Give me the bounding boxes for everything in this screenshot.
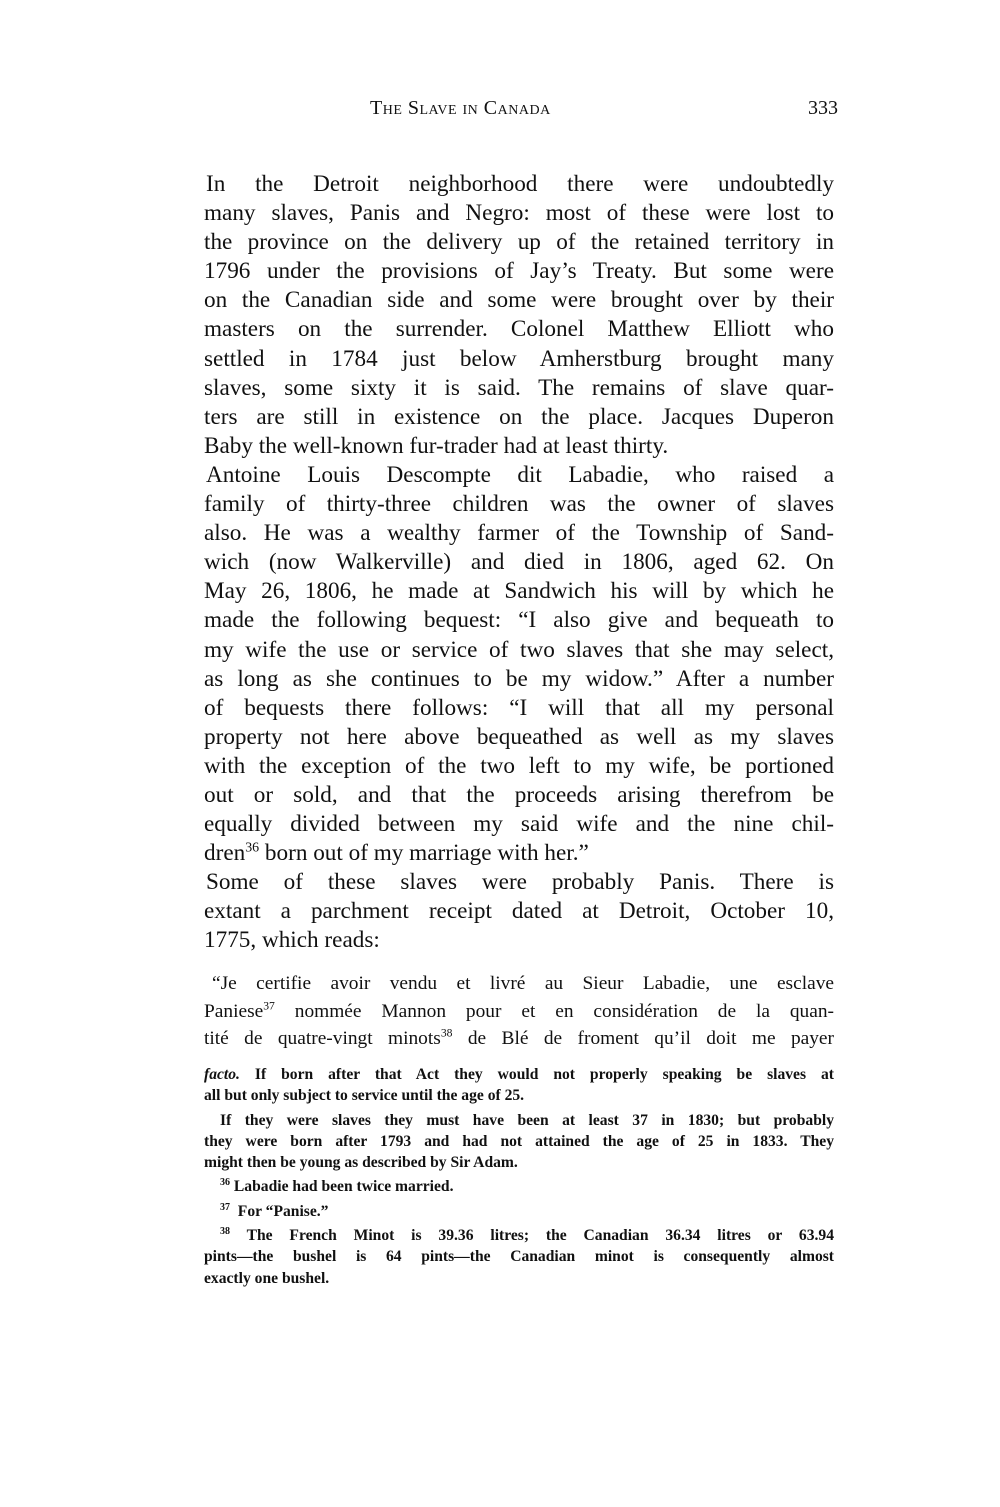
text-line: wich (now Walkerville) and died in 1806,… xyxy=(204,548,834,577)
footnote-text: For “Panise.” xyxy=(238,1203,329,1220)
quote-line: “Je certifie avoir vendu et livré au Sie… xyxy=(204,970,834,998)
text-fragment: born out of my marriage with her.” xyxy=(259,840,589,866)
body-text: In the Detroit neighborhood there were u… xyxy=(204,170,834,956)
text-line: equally divided between my said wife and… xyxy=(204,810,834,839)
text-line: of bequests there follows: “I will that … xyxy=(204,694,834,723)
footnotes: facto. If born after that Act they would… xyxy=(204,1064,834,1289)
text-line: ters are still in existence on the place… xyxy=(204,403,834,432)
text-line: on the Canadian side and some were broug… xyxy=(204,286,834,315)
text-line: settled in 1784 just below Amherstburg b… xyxy=(204,345,834,374)
footnote-line: all but only subject to service until th… xyxy=(204,1085,834,1106)
text-fragment: dren xyxy=(204,840,245,866)
text-line: also. He was a wealthy farmer of the Tow… xyxy=(204,519,834,548)
running-head: The Slave in Canada 333 xyxy=(204,97,834,123)
text-line: In the Detroit neighborhood there were u… xyxy=(204,170,834,199)
footnote-line: pints—the bushel is 64 pints—the Canadia… xyxy=(204,1246,834,1267)
footnote-36: 36 Labadie had been twice married. xyxy=(204,1176,834,1197)
text-line: dren36 born out of my marriage with her.… xyxy=(204,839,834,868)
text-line: Antoine Louis Descompte dit Labadie, who… xyxy=(204,461,834,490)
text-line: made the following bequest: “I also give… xyxy=(204,606,834,635)
text-line: my wife the use or service of two slaves… xyxy=(204,636,834,665)
text-line: with the exception of the two left to my… xyxy=(204,752,834,781)
paragraph-panis: Some of these slaves were probably Panis… xyxy=(204,868,834,955)
footnote-ref-38[interactable]: 38 xyxy=(441,1027,453,1040)
text-line: 1775, which reads: xyxy=(204,926,834,955)
text-line: Baby the well-known fur-trader had at le… xyxy=(204,432,834,461)
text-line: extant a parchment receipt dated at Detr… xyxy=(204,897,834,926)
text-fragment: If born after that Act they would not pr… xyxy=(240,1066,834,1083)
text-fragment: de Blé de froment qu’il doit me payer xyxy=(452,1028,834,1049)
text-line: as long as she continues to be my widow.… xyxy=(204,665,834,694)
text-line: masters on the surrender. Colonel Matthe… xyxy=(204,315,834,344)
text-fragment: tité de quatre-vingt minots xyxy=(204,1028,441,1049)
running-title: The Slave in Canada xyxy=(370,97,551,120)
footnote-line: facto. If born after that Act they would… xyxy=(204,1064,834,1085)
quote-line: tité de quatre-vingt minots38 de Blé de … xyxy=(204,1025,834,1053)
block-quote: “Je certifie avoir vendu et livré au Sie… xyxy=(204,970,834,1053)
text-line: the province on the delivery up of the r… xyxy=(204,228,834,257)
text-line: out or sold, and that the proceeds arisi… xyxy=(204,781,834,810)
footnote-italic: facto. xyxy=(204,1066,240,1083)
paragraph-detroit: In the Detroit neighborhood there were u… xyxy=(204,170,834,461)
footnote-number: 36 xyxy=(220,1177,230,1188)
text-fragment: Paniese xyxy=(204,1001,263,1022)
footnote-number: 38 xyxy=(220,1226,230,1237)
footnote-text: The French Minot is 39.36 litres; the Ca… xyxy=(247,1227,834,1244)
text-line: many slaves, Panis and Negro: most of th… xyxy=(204,199,834,228)
paragraph-labadie: Antoine Louis Descompte dit Labadie, who… xyxy=(204,461,834,868)
footnote-ref-36[interactable]: 36 xyxy=(245,840,259,855)
footnote-37: 37 For “Panise.” xyxy=(204,1201,834,1222)
text-line: Some of these slaves were probably Panis… xyxy=(204,868,834,897)
footnote-line: If they were slaves they must have been … xyxy=(204,1110,834,1131)
text-line: property not here above bequeathed as we… xyxy=(204,723,834,752)
footnote-line: might then be young as described by Sir … xyxy=(204,1152,834,1173)
text-line: slaves, some sixty it is said. The remai… xyxy=(204,374,834,403)
footnote-line: exactly one bushel. xyxy=(204,1268,834,1289)
footnote-38: 38 The French Minot is 39.36 litres; the… xyxy=(204,1225,834,1246)
text-fragment: nommée Mannon pour et en considération d… xyxy=(275,1001,834,1022)
text-line: 1796 under the provisions of Jay’s Treat… xyxy=(204,257,834,286)
page-number: 333 xyxy=(808,97,838,120)
footnote-number: 37 xyxy=(220,1202,230,1213)
text-line: May 26, 1806, he made at Sandwich his wi… xyxy=(204,577,834,606)
footnote-text: Labadie had been twice married. xyxy=(234,1178,454,1195)
footnote-line: they were born after 1793 and had not at… xyxy=(204,1131,834,1152)
footnote-ref-37[interactable]: 37 xyxy=(263,999,275,1012)
text-line: family of thirty-three children was the … xyxy=(204,490,834,519)
quote-line: Paniese37 nommée Mannon pour et en consi… xyxy=(204,998,834,1026)
